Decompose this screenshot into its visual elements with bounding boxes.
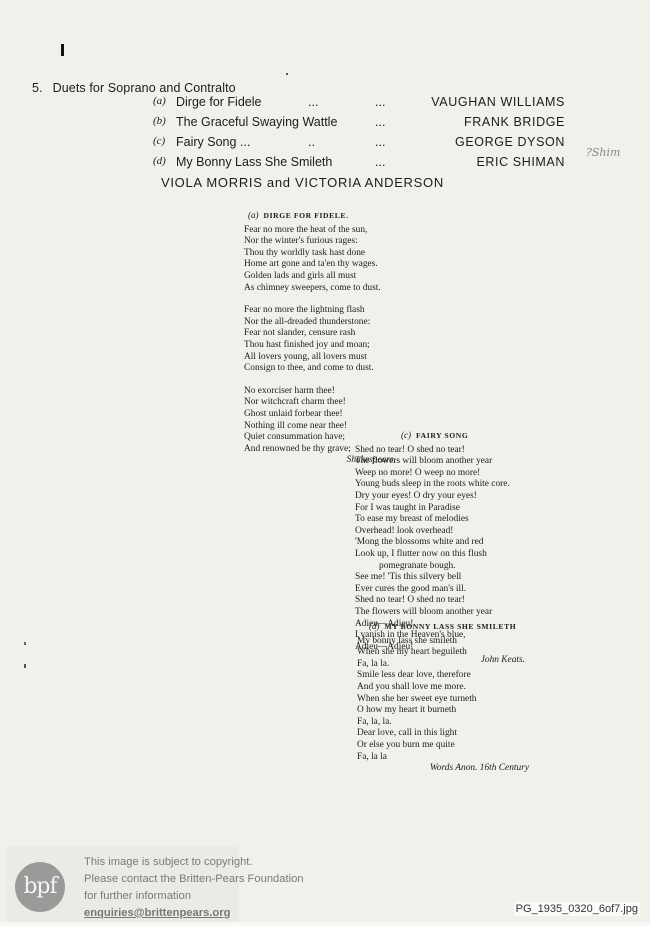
program-list: (a) Dirge for Fidele ... ... VAUGHAN WIL… xyxy=(153,95,573,175)
bpf-logo: bpf xyxy=(15,862,65,912)
poem-line: When she her sweet eye turneth xyxy=(357,694,527,706)
program-item: (c) Fairy Song ... .. ... GEORGE DYSON xyxy=(153,135,573,155)
handwritten-annotation: ?Shim xyxy=(586,146,620,159)
poem-heading: (c) FAIRY SONG xyxy=(355,430,525,442)
poem-line: Home art gone and ta'en thy wages. xyxy=(244,259,394,271)
item-leader: ... xyxy=(375,135,385,149)
item-title: Fairy Song ... xyxy=(176,135,250,149)
section-number: 5. xyxy=(32,81,43,95)
item-title: The Graceful Swaying Wattle xyxy=(176,115,337,129)
poem-heading: (d) MY BONNY LASS SHE SMILETH xyxy=(357,621,527,633)
item-composer: ERIC SHIMAN xyxy=(476,155,565,169)
poem-line: Or else you burn me quite xyxy=(357,740,527,752)
item-title: My Bonny Lass She Smileth xyxy=(176,155,332,169)
poem-line: Fa, la la xyxy=(357,752,527,764)
poem-line: Ghost unlaid forbear thee! xyxy=(244,409,394,421)
poem-line: My bonny lass she smileth xyxy=(357,636,527,648)
poem-line: pomegranate bough. xyxy=(355,561,525,573)
poem-line: For I was taught in Paradise xyxy=(355,503,525,515)
poem-dirge-for-fidele: (a) DIRGE FOR FIDELE. Fear no more the h… xyxy=(244,210,394,467)
item-leader: ... xyxy=(375,95,385,109)
copyright-line: Please contact the Britten-Pears Foundat… xyxy=(84,871,304,888)
poem-line: Nor witchcraft charm thee! xyxy=(244,397,394,409)
poem-line: Fa, la, la. xyxy=(357,717,527,729)
poem-line: Overhead! look overhead! xyxy=(355,526,525,538)
poem-line: Consign to thee, and come to dust. xyxy=(244,363,394,375)
item-composer: VAUGHAN WILLIAMS xyxy=(431,95,565,109)
poem-line: See me! 'Tis this silvery bell xyxy=(355,572,525,584)
poem-line: O how my heart it burneth xyxy=(357,705,527,717)
poem-line: Fear not slander, censure rash xyxy=(244,328,394,340)
poem-line: Fear no more the heat of the sun, xyxy=(244,225,394,237)
poem-line: Shed no tear! O shed no tear! xyxy=(355,445,525,457)
poem-line: Nor the winter's furious rages: xyxy=(244,236,394,248)
poem-stanza: Fear no more the heat of the sun,Nor the… xyxy=(244,225,394,295)
program-item: (d) My Bonny Lass She Smileth ... ERIC S… xyxy=(153,155,573,175)
poem-stanzas: Fear no more the heat of the sun,Nor the… xyxy=(244,225,394,456)
poem-line: Weep no more! O weep no more! xyxy=(355,468,525,480)
image-filename: PG_1935_0320_6of7.jpg xyxy=(514,902,640,916)
poem-line: 'Mong the blossoms white and red xyxy=(355,537,525,549)
poem-stanza: Fear no more the lightning flashNor the … xyxy=(244,305,394,375)
poem-line: Thou thy worldly task hast done xyxy=(244,248,394,260)
poem-line: Dry your eyes! O dry your eyes! xyxy=(355,491,525,503)
item-leader: ... xyxy=(375,115,385,129)
item-letter: (d) xyxy=(153,155,166,167)
poem-line: No exorciser harm thee! xyxy=(244,386,394,398)
copyright-footer: bpf This image is subject to copyright. … xyxy=(0,845,650,926)
copyright-line: This image is subject to copyright. xyxy=(84,854,304,871)
poem-line: All lovers young, all lovers must xyxy=(244,352,394,364)
copyright-line: for further information xyxy=(84,888,304,905)
program-item: (a) Dirge for Fidele ... ... VAUGHAN WIL… xyxy=(153,95,573,115)
poem-line: Look up, I flutter now on this flush xyxy=(355,549,525,561)
poem-line: To ease my breast of melodies xyxy=(355,514,525,526)
item-composer: GEORGE DYSON xyxy=(455,135,565,149)
poem-line: Young buds sleep in the roots white core… xyxy=(355,479,525,491)
item-leader: ... xyxy=(375,155,385,169)
bottom-edge xyxy=(0,922,650,926)
poem-line: Nor the all-dreaded thunderstone: xyxy=(244,317,394,329)
poem-line: Fear no more the lightning flash xyxy=(244,305,394,317)
section-title: Duets for Soprano and Contralto xyxy=(53,81,236,95)
ink-mark xyxy=(61,44,64,56)
program-item: (b) The Graceful Swaying Wattle ... FRAN… xyxy=(153,115,573,135)
copyright-text: This image is subject to copyright. Plea… xyxy=(84,854,304,922)
item-title: Dirge for Fidele xyxy=(176,95,261,109)
poem-author: Words Anon. 16th Century xyxy=(357,763,529,775)
section-heading: 5.Duets for Soprano and Contralto xyxy=(32,81,236,95)
item-letter: (c) xyxy=(153,135,165,147)
poem-line: The flowers will bloom another year xyxy=(355,456,525,468)
poem-line: Shed no tear! O shed no tear! xyxy=(355,595,525,607)
poem-lines: My bonny lass she smilethWhen she my hea… xyxy=(357,636,527,764)
ink-speck xyxy=(24,664,26,668)
poem-heading: (a) DIRGE FOR FIDELE. xyxy=(244,210,394,222)
poem-line: Golden lads and girls all must xyxy=(244,271,394,283)
poem-line: As chimney sweepers, come to dust. xyxy=(244,283,394,295)
ink-speck xyxy=(24,642,26,645)
poem-line: Dear love, call in this light xyxy=(357,728,527,740)
item-composer: FRANK BRIDGE xyxy=(464,115,565,129)
item-leader: ... xyxy=(308,95,318,109)
item-leader: .. xyxy=(308,135,315,149)
item-letter: (b) xyxy=(153,115,166,127)
poem-line: Smile less dear love, therefore xyxy=(357,670,527,682)
poem-line: Ever cures the good man's ill. xyxy=(355,584,525,596)
poem-line: Fa, la la. xyxy=(357,659,527,671)
poem-line: Thou hast finished joy and moan; xyxy=(244,340,394,352)
ink-speck xyxy=(286,73,288,75)
poem-line: When she my heart beguileth xyxy=(357,647,527,659)
poem-line: And you shall love me more. xyxy=(357,682,527,694)
program-page: 5.Duets for Soprano and Contralto (a) Di… xyxy=(0,0,650,926)
poem-my-bonny-lass: (d) MY BONNY LASS SHE SMILETH My bonny l… xyxy=(357,621,527,775)
performers: VIOLA MORRIS and VICTORIA ANDERSON xyxy=(161,175,444,190)
poem-line: The flowers will bloom another year xyxy=(355,607,525,619)
email-link[interactable]: enquiries@brittenpears.org xyxy=(84,905,304,922)
item-letter: (a) xyxy=(153,95,166,107)
